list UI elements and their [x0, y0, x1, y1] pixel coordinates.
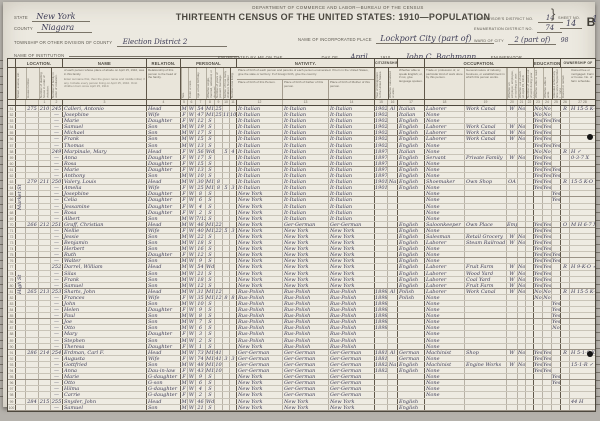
cell-relation: G-daughter: [147, 374, 181, 379]
cell-father-birthplace: It-Italian: [283, 143, 329, 148]
cell-home-owned: [561, 118, 570, 123]
cell-dwelling-number: [39, 301, 51, 306]
cell-marital: S: [206, 313, 215, 318]
cell-out-of-work: No: [518, 362, 526, 367]
cell-sex: M: [181, 313, 188, 318]
cell-father-birthplace: It-Italian: [283, 173, 329, 178]
group-nativity: NATIVITY.: [237, 59, 375, 67]
cell-occupation: None: [425, 313, 465, 318]
cell-line-number: 75: [8, 252, 16, 257]
cell-relation: Son: [147, 319, 181, 324]
cell-line-number: 62: [8, 173, 16, 178]
cell-name: Frank: [63, 277, 147, 282]
cell-marital: S: [206, 130, 215, 135]
cell-out-of-work: [518, 228, 526, 233]
census-title: THIRTEENTH CENSUS OF THE UNITED STATES: …: [148, 12, 518, 22]
cell-years-married: 12: [215, 289, 223, 294]
cell-family-number: 254: [51, 350, 63, 355]
cell-mother-birthplace: It-Italian: [329, 149, 375, 154]
cell-annotation: [570, 173, 595, 178]
cell-read: No: [534, 289, 543, 294]
cell-occupation: None: [425, 118, 465, 123]
cell-dwelling-number: [39, 124, 51, 129]
cell-father-birthplace: Ger-German: [283, 222, 329, 227]
cell-relation: Wife: [147, 185, 181, 190]
cell-family-number: —: [51, 167, 63, 172]
cell-age: 18: [196, 240, 206, 245]
cell-birthplace: It-Italian: [237, 124, 283, 129]
cell-immigration-year: [375, 380, 388, 385]
cell-father-birthplace: Ger-German: [283, 380, 329, 385]
cell-color: W: [188, 197, 196, 202]
cell-home-owned: [561, 228, 570, 233]
cell-age: 6: [196, 325, 206, 330]
cell-sex: M: [181, 271, 188, 276]
cell-dwelling-number: [39, 338, 51, 343]
cell-name: Rosa: [63, 161, 147, 166]
cell-weeks-out: [526, 399, 534, 404]
cell-annotation: [570, 197, 595, 202]
cell-father-birthplace: New York: [283, 405, 329, 410]
cell-birthplace: It-Italian: [237, 106, 283, 111]
cell-family-number: —: [51, 392, 63, 397]
cell-industry: [465, 204, 507, 209]
cell-street: [16, 319, 26, 324]
cell-employer-class: [507, 112, 518, 117]
cell-family-number: 245: [51, 106, 63, 111]
cell-industry: [465, 167, 507, 172]
cell-name: Walter: [63, 258, 147, 263]
group-occupation: OCCUPATION.: [425, 59, 534, 67]
cell-school: [552, 216, 561, 221]
cell-industry: Work Canal: [465, 289, 507, 294]
cell-birthplace: It-Italian: [237, 118, 283, 123]
cell-home-owned: [561, 319, 570, 324]
cell-school: [552, 289, 561, 294]
cell-house-number: [26, 325, 39, 330]
cell-relation: Head: [147, 264, 181, 269]
cell-sex: F: [181, 204, 188, 209]
cell-write: Yes: [543, 143, 552, 148]
cell-marital: S: [206, 374, 215, 379]
cell-father-birthplace: New York: [283, 258, 329, 263]
cell-school: Yes: [552, 252, 561, 257]
cell-age: 74: [196, 356, 206, 361]
cell-birthplace: It-Italian: [237, 149, 283, 154]
cell-color: W: [188, 380, 196, 385]
cell-write: Yes: [543, 173, 552, 178]
cell-father-birthplace: Ger-German: [283, 362, 329, 367]
cell-annotation: [570, 405, 595, 410]
cell-mother-birthplace: Ger-German: [329, 386, 375, 391]
cell-family-number: —: [51, 155, 63, 160]
cell-occupation: None: [425, 380, 465, 385]
cell-sex: F: [181, 252, 188, 257]
cell-family-number: —: [51, 325, 63, 330]
cell-industry: Work Canal: [465, 136, 507, 141]
cell-out-of-work: [518, 149, 526, 154]
cell-out-of-work: [518, 307, 526, 312]
cell-years-married: 8: [215, 185, 223, 190]
subheader-immigration-year: Year of immigration to the United States…: [375, 68, 388, 99]
cell-birthplace: Rus-Polish: [237, 307, 283, 312]
cell-home-owned: [561, 216, 570, 221]
cell-weeks-out: [526, 228, 534, 233]
cell-write: Yes: [543, 118, 552, 123]
cell-relation: Daughter: [147, 161, 181, 166]
cell-street: [16, 301, 26, 306]
cell-annotation: 44 H: [570, 399, 595, 404]
cell-family-number: —: [51, 143, 63, 148]
cell-naturalized: [388, 204, 398, 209]
cell-house-number: [26, 149, 39, 154]
cell-color: W: [188, 210, 196, 215]
cell-home-owned: [561, 344, 570, 349]
cell-dwelling-number: [39, 185, 51, 190]
cell-name: Thomas: [63, 143, 147, 148]
cell-children-born: 5: [223, 228, 230, 233]
cell-weeks-out: [526, 344, 534, 349]
cell-sex: M: [181, 264, 188, 269]
cell-age: 25: [196, 185, 206, 190]
cell-relation: G-son: [147, 380, 181, 385]
cell-dwelling-number: [39, 362, 51, 367]
cell-home-owned: [561, 368, 570, 373]
cell-children-living: [230, 362, 237, 367]
cell-out-of-work: No: [518, 350, 526, 355]
cell-annotation: H 15-5 K-O ✓: [570, 106, 595, 111]
cell-industry: Wood Yard: [465, 271, 507, 276]
cell-home-owned: [561, 356, 570, 361]
cell-home-owned: [561, 167, 570, 172]
cell-house-number: [26, 307, 39, 312]
cell-mother-birthplace: New York: [329, 234, 375, 239]
cell-father-birthplace: Ger-German: [283, 386, 329, 391]
colnum: 6: [188, 100, 196, 105]
cell-color: W: [188, 185, 196, 190]
cell-children-born: [223, 374, 230, 379]
cell-weeks-out: [526, 392, 534, 397]
cell-line-number: 60: [8, 161, 16, 166]
cell-years-married: [215, 283, 223, 288]
cell-language: [398, 210, 425, 215]
subheader-farm-schedule: Owned free or mortgaged. Farm or house. …: [570, 68, 595, 99]
colnum: [26, 100, 39, 105]
cell-sex: F: [181, 374, 188, 379]
cell-children-living: [230, 313, 237, 318]
cell-employer-class: [507, 185, 518, 190]
cell-out-of-work: [518, 380, 526, 385]
cell-language: English: [398, 124, 425, 129]
cell-out-of-work: No: [518, 136, 526, 141]
cell-name: Anna: [63, 368, 147, 373]
cell-color: W: [188, 307, 196, 312]
cell-marital: M1: [206, 228, 215, 233]
subheader-school: Attended school any time since September…: [552, 68, 561, 99]
cell-language: [398, 216, 425, 221]
cell-naturalized: [388, 191, 398, 196]
cell-age: 40: [196, 228, 206, 233]
cell-naturalized: Al: [388, 350, 398, 355]
cell-home-owned: [561, 252, 570, 257]
cell-dwelling-number: [39, 228, 51, 233]
cell-naturalized: [388, 331, 398, 336]
cell-birthplace: Rus-Polish: [237, 313, 283, 318]
cell-years-married: [215, 392, 223, 397]
cell-naturalized: [388, 118, 398, 123]
cell-occupation: Shoemaker: [425, 179, 465, 184]
cell-mother-birthplace: It-Italian: [329, 185, 375, 190]
cell-weeks-out: [526, 149, 534, 154]
cell-family-number: —: [51, 136, 63, 141]
cell-name: Gottfried: [63, 362, 147, 367]
cell-weeks-out: [526, 362, 534, 367]
cell-sex: M: [181, 222, 188, 227]
cell-employer-class: [507, 246, 518, 251]
cell-dwelling-number: [39, 295, 51, 300]
cell-marital: S: [206, 392, 215, 397]
cell-children-born: [223, 258, 230, 263]
cell-weeks-out: [526, 289, 534, 294]
cell-marital: S: [206, 216, 215, 221]
cell-school: Yes: [552, 118, 561, 123]
cell-father-birthplace: It-Italian: [283, 179, 329, 184]
cell-house-number: [26, 271, 39, 276]
cell-weeks-out: [526, 405, 534, 410]
cell-school: [552, 210, 561, 215]
cell-children-born: [223, 124, 230, 129]
cell-house-number: [26, 301, 39, 306]
cell-children-living: [230, 331, 237, 336]
cell-line-number: 96: [8, 380, 16, 385]
cell-mother-birthplace: New York: [329, 405, 375, 410]
cell-language: [398, 338, 425, 343]
cell-age: 46: [196, 222, 206, 227]
cell-age: 7: [196, 319, 206, 324]
cell-street: [16, 155, 26, 160]
cell-out-of-work: [518, 185, 526, 190]
group-name: NAME: [63, 59, 147, 67]
cell-relation: Son: [147, 234, 181, 239]
cell-mother-birthplace: It-Italian: [329, 210, 375, 215]
cell-occupation: Laborer: [425, 283, 465, 288]
cell-children-born: [223, 179, 230, 184]
cell-father-birthplace: It-Italian: [283, 106, 329, 111]
cell-employer-class: W: [507, 130, 518, 135]
cell-out-of-work: [518, 325, 526, 330]
cell-marital: M1: [206, 362, 215, 367]
cell-street: [16, 338, 26, 343]
cell-name: Graff, Christian: [63, 222, 147, 227]
cell-house-number: [26, 344, 39, 349]
cell-dwelling-number: [39, 405, 51, 410]
cell-line-number: 91: [8, 350, 16, 355]
cell-relation: Son: [147, 173, 181, 178]
cell-relation: Son: [147, 246, 181, 251]
cell-write: Yes: [543, 130, 552, 135]
cell-children-living: [230, 222, 237, 227]
cell-write: [543, 386, 552, 391]
colnum: 8: [206, 100, 215, 105]
cell-children-living: [230, 307, 237, 312]
cell-children-living: [230, 289, 237, 294]
cell-children-living: [230, 216, 237, 221]
cell-age: 3: [196, 331, 206, 336]
cell-street: [16, 392, 26, 397]
cell-occupation: None: [425, 386, 465, 391]
cell-birthplace: Ger-German: [237, 368, 283, 373]
cell-marital: S: [206, 204, 215, 209]
cell-family-number: —: [51, 234, 63, 239]
cell-read: Yes: [534, 246, 543, 251]
cell-relation: Head: [147, 179, 181, 184]
cell-read: [534, 197, 543, 202]
cell-line-number: 81: [8, 289, 16, 294]
cell-weeks-out: [526, 191, 534, 196]
cell-name: Anna: [63, 155, 147, 160]
cell-occupation: Laborer: [425, 124, 465, 129]
cell-house-number: [26, 368, 39, 373]
cell-employer-class: W: [507, 350, 518, 355]
cell-language: Italian: [398, 106, 425, 111]
cell-out-of-work: [518, 295, 526, 300]
cell-out-of-work: [518, 301, 526, 306]
cell-street: [16, 374, 26, 379]
cell-sex: M: [181, 246, 188, 251]
cell-read: [534, 191, 543, 196]
cell-children-living: [230, 106, 237, 111]
cell-marital: S: [206, 283, 215, 288]
cell-dwelling-number: [39, 173, 51, 178]
cell-employer-class: [507, 149, 518, 154]
cell-weeks-out: [526, 204, 534, 209]
cell-children-born: 3: [223, 356, 230, 361]
cell-language: Polish: [398, 295, 425, 300]
cell-write: Yes: [543, 356, 552, 361]
cell-family-number: —: [51, 112, 63, 117]
cell-write: Yes: [543, 264, 552, 269]
cell-age: 8: [196, 313, 206, 318]
cell-father-birthplace: It-Italian: [283, 210, 329, 215]
cell-industry: Work Canal: [465, 106, 507, 111]
cell-home-owned: [561, 258, 570, 263]
cell-school: [552, 228, 561, 233]
colnum: 15: [375, 100, 388, 105]
cell-color: W: [188, 234, 196, 239]
cell-language: [398, 307, 425, 312]
cell-years-married: 22: [215, 228, 223, 233]
cell-age: 9: [196, 307, 206, 312]
cell-weeks-out: [526, 313, 534, 318]
cell-out-of-work: [518, 204, 526, 209]
cell-marital: M1: [206, 179, 215, 184]
cell-line-number: 87: [8, 325, 16, 330]
cell-father-birthplace: New York: [283, 264, 329, 269]
cell-mother-birthplace: Rus-Polish: [329, 319, 375, 324]
cell-house-number: [26, 173, 39, 178]
cell-family-number: —: [51, 374, 63, 379]
cell-line-number: 68: [8, 210, 16, 215]
cell-naturalized: [388, 258, 398, 263]
cell-father-birthplace: New York: [283, 399, 329, 404]
cell-annotation: [570, 167, 595, 172]
cell-weeks-out: [526, 283, 534, 288]
cell-weeks-out: [526, 179, 534, 184]
cell-annotation: [570, 277, 595, 282]
cell-house-number: [26, 228, 39, 233]
cell-out-of-work: [518, 191, 526, 196]
cell-name: Anthony: [63, 173, 147, 178]
cell-weeks-out: [526, 319, 534, 324]
cell-weeks-out: [526, 222, 534, 227]
table-body: 51 275 210 245 Calleri, Antonio Head M W…: [8, 106, 595, 411]
cell-school: [552, 155, 561, 160]
cell-marital: M1: [206, 106, 215, 111]
cell-immigration-year: [375, 386, 388, 391]
cell-language: [398, 313, 425, 318]
cell-write: Yes: [543, 240, 552, 245]
cell-occupation: Laborer: [425, 271, 465, 276]
cell-line-number: 86: [8, 319, 16, 324]
cell-read: [534, 338, 543, 343]
colnum: [8, 100, 16, 105]
cell-age: 15: [196, 136, 206, 141]
cell-occupation: None: [425, 167, 465, 172]
cell-name: Amelia: [63, 185, 147, 190]
cell-color: W: [188, 246, 196, 251]
cell-street: [16, 106, 26, 111]
ward-value: 2 (part of): [508, 36, 556, 45]
cell-age: 35: [196, 295, 206, 300]
cell-marital: S: [206, 246, 215, 251]
cell-age: 10: [196, 301, 206, 306]
cell-relation: Head: [147, 289, 181, 294]
subheader-industry: General nature of industry, business, or…: [465, 68, 507, 99]
cell-years-married: [215, 264, 223, 269]
cell-weeks-out: [526, 210, 534, 215]
cell-father-birthplace: Ger-German: [283, 368, 329, 373]
cell-family-number: —: [51, 271, 63, 276]
cell-naturalized: Na: [388, 179, 398, 184]
cell-naturalized: [388, 319, 398, 324]
cell-years-married: 12: [215, 295, 223, 300]
cell-house-number: [26, 356, 39, 361]
cell-read: Yes: [534, 185, 543, 190]
cell-house-number: 284: [26, 399, 39, 404]
cell-home-owned: [561, 210, 570, 215]
cell-write: Yes: [543, 124, 552, 129]
cell-street: [16, 240, 26, 245]
cell-birthplace: Rus-Polish: [237, 289, 283, 294]
cell-read: Yes: [534, 179, 543, 184]
cell-house-number: [26, 392, 39, 397]
cell-industry: Work Canal: [465, 130, 507, 135]
cell-dwelling-number: [39, 252, 51, 257]
cell-read: [534, 210, 543, 215]
cell-school: [552, 149, 561, 154]
cell-dwelling-number: [39, 283, 51, 288]
cell-birthplace: New York: [237, 197, 283, 202]
cell-name: Josephine: [63, 191, 147, 196]
cell-occupation: None: [425, 204, 465, 209]
nativity-note: Place of birth of each person and parent…: [237, 68, 374, 80]
cell-sex: M: [181, 130, 188, 135]
cell-children-living: [230, 118, 237, 123]
cell-family-number: 251: [51, 222, 63, 227]
cell-children-living: [230, 338, 237, 343]
cell-sex: F: [181, 149, 188, 154]
cell-age: 12: [196, 252, 206, 257]
